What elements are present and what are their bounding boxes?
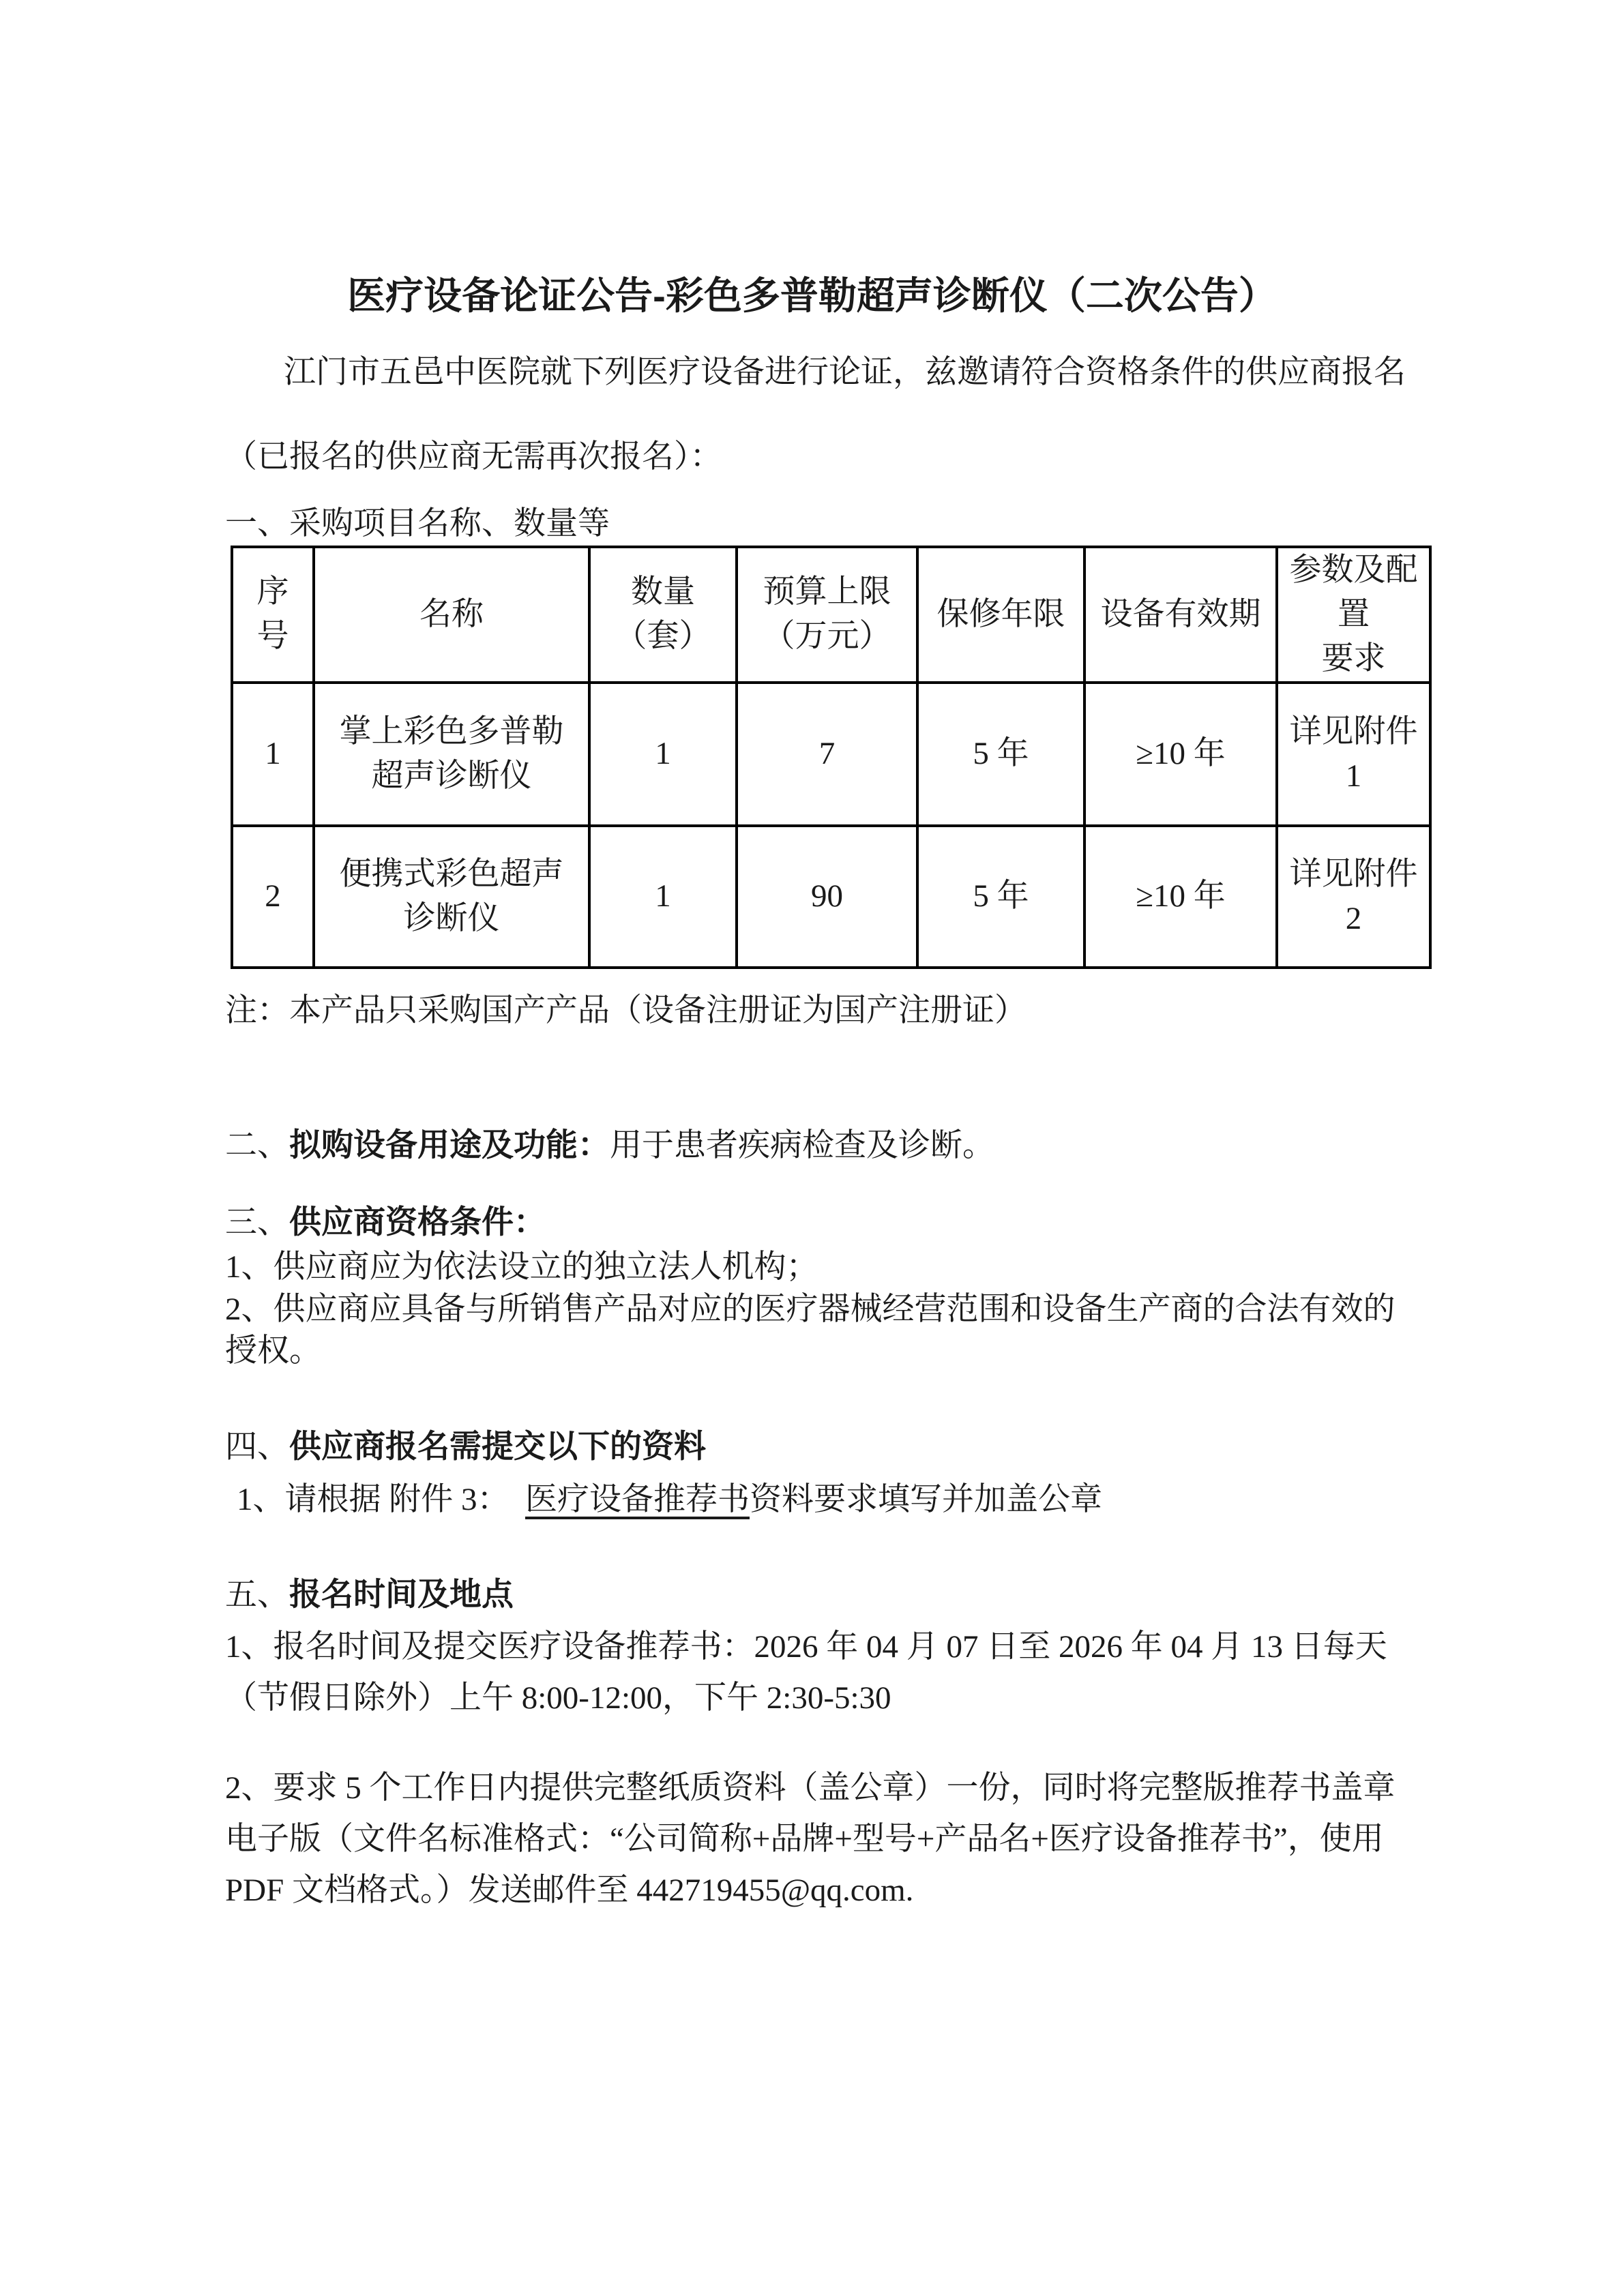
header-params: 参数及配置 要求 (1277, 547, 1430, 683)
section4-heading-line: 四、供应商报名需提交以下的资料 (225, 1429, 706, 1465)
header-qty: 数量 （套） (589, 547, 737, 683)
table-header-row: 序 号 名称 数量 （套） 预算上限 （万元） 保修年限 设备有效期 参数及配置… (232, 547, 1430, 683)
cell-seq: 2 (232, 826, 314, 968)
document-page: 医疗设备论证公告-彩色多普勒超声诊断仪（二次公告） 江门市五邑中医院就下列医疗设… (0, 0, 1624, 2296)
cell-budget: 7 (737, 683, 917, 826)
attachment3-link[interactable]: 医疗设备推荐书 (525, 1482, 750, 1517)
table-row: 2 便携式彩色超声 诊断仪 1 90 5 年 ≥10 年 详见附件 2 (232, 826, 1430, 968)
header-seq: 序 号 (232, 547, 314, 683)
section2-heading: 拟购设备用途及功能： (289, 1128, 610, 1163)
cell-seq: 1 (232, 683, 314, 826)
cell-warranty: 5 年 (917, 683, 1084, 826)
section5-para2-line-2: 电子版（文件名标准格式：“公司简称+品牌+型号+产品名+医疗设备推荐书”，使用 (225, 1821, 1384, 1858)
header-name: 名称 (314, 547, 589, 683)
section5-heading: 报名时间及地点 (289, 1577, 514, 1613)
cell-params: 详见附件 1 (1277, 683, 1430, 826)
section4-heading: 供应商报名需提交以下的资料 (289, 1429, 706, 1465)
section4-item-prefix: 1、请根据 附件 3： (237, 1482, 525, 1517)
cell-qty: 1 (589, 683, 737, 826)
section3-heading-line: 三、供应商资格条件： (225, 1204, 546, 1241)
section2-number: 二、 (225, 1128, 289, 1163)
cell-params: 详见附件 2 (1277, 826, 1430, 968)
section3-number: 三、 (225, 1205, 289, 1240)
section5-para1-line-1: 1、报名时间及提交医疗设备推荐书：2026 年 04 月 07 日至 2026 … (225, 1628, 1387, 1665)
section3-item-1: 1、供应商应为依法设立的独立法人机构； (225, 1249, 818, 1285)
section5-number: 五、 (225, 1577, 289, 1613)
header-budget: 预算上限 （万元） (737, 547, 917, 683)
table-row: 1 掌上彩色多普勒 超声诊断仪 1 7 5 年 ≥10 年 详见附件 1 (232, 683, 1430, 826)
section5-para1-line-2: （节假日除外）上午 8:00-12:00，下午 2:30-5:30 (225, 1680, 891, 1716)
cell-validity: ≥10 年 (1084, 826, 1277, 968)
cell-qty: 1 (589, 826, 737, 968)
section4-item-1: 1、请根据 附件 3： 医疗设备推荐书资料要求填写并加盖公章 (237, 1481, 1102, 1518)
section5-heading-line: 五、报名时间及地点 (225, 1577, 514, 1613)
intro-paren-line: （已报名的供应商无需再次报名）： (225, 438, 722, 475)
section2-body: 用于患者疾病检查及诊断。 (610, 1128, 994, 1163)
header-warranty: 保修年限 (917, 547, 1084, 683)
section1-heading: 一、采购项目名称、数量等 (225, 505, 610, 542)
section3-item-2-line-2: 授权。 (225, 1332, 321, 1369)
section4-number: 四、 (225, 1429, 289, 1465)
cell-name: 掌上彩色多普勒 超声诊断仪 (314, 683, 589, 826)
section5-para2-line-3: PDF 文档格式。）发送邮件至 442719455@qq.com. (225, 1872, 913, 1909)
intro-line: 江门市五邑中医院就下列医疗设备进行论证，兹邀请符合资格条件的供应商报名 (284, 353, 1406, 390)
cell-budget: 90 (737, 826, 917, 968)
cell-validity: ≥10 年 (1084, 683, 1277, 826)
procurement-table: 序 号 名称 数量 （套） 预算上限 （万元） 保修年限 设备有效期 参数及配置… (231, 546, 1432, 969)
note-line: 注：本产品只采购国产产品（设备注册证为国产注册证） (225, 992, 1027, 1029)
section3-item-2-line-1: 2、供应商应具备与所销售产品对应的医疗器械经营范围和设备生产商的合法有效的 (225, 1291, 1396, 1328)
section3-heading: 供应商资格条件： (289, 1205, 546, 1240)
section2-heading-line: 二、拟购设备用途及功能：用于患者疾病检查及诊断。 (225, 1127, 994, 1164)
section5-para2-line-1: 2、要求 5 个工作日内提供完整纸质资料（盖公章）一份，同时将完整版推荐书盖章 (225, 1770, 1396, 1806)
cell-name: 便携式彩色超声 诊断仪 (314, 826, 589, 968)
header-validity: 设备有效期 (1084, 547, 1277, 683)
document-title: 医疗设备论证公告-彩色多普勒超声诊断仪（二次公告） (0, 266, 1624, 320)
cell-warranty: 5 年 (917, 826, 1084, 968)
section4-item-suffix: 资料要求填写并加盖公章 (750, 1482, 1102, 1517)
